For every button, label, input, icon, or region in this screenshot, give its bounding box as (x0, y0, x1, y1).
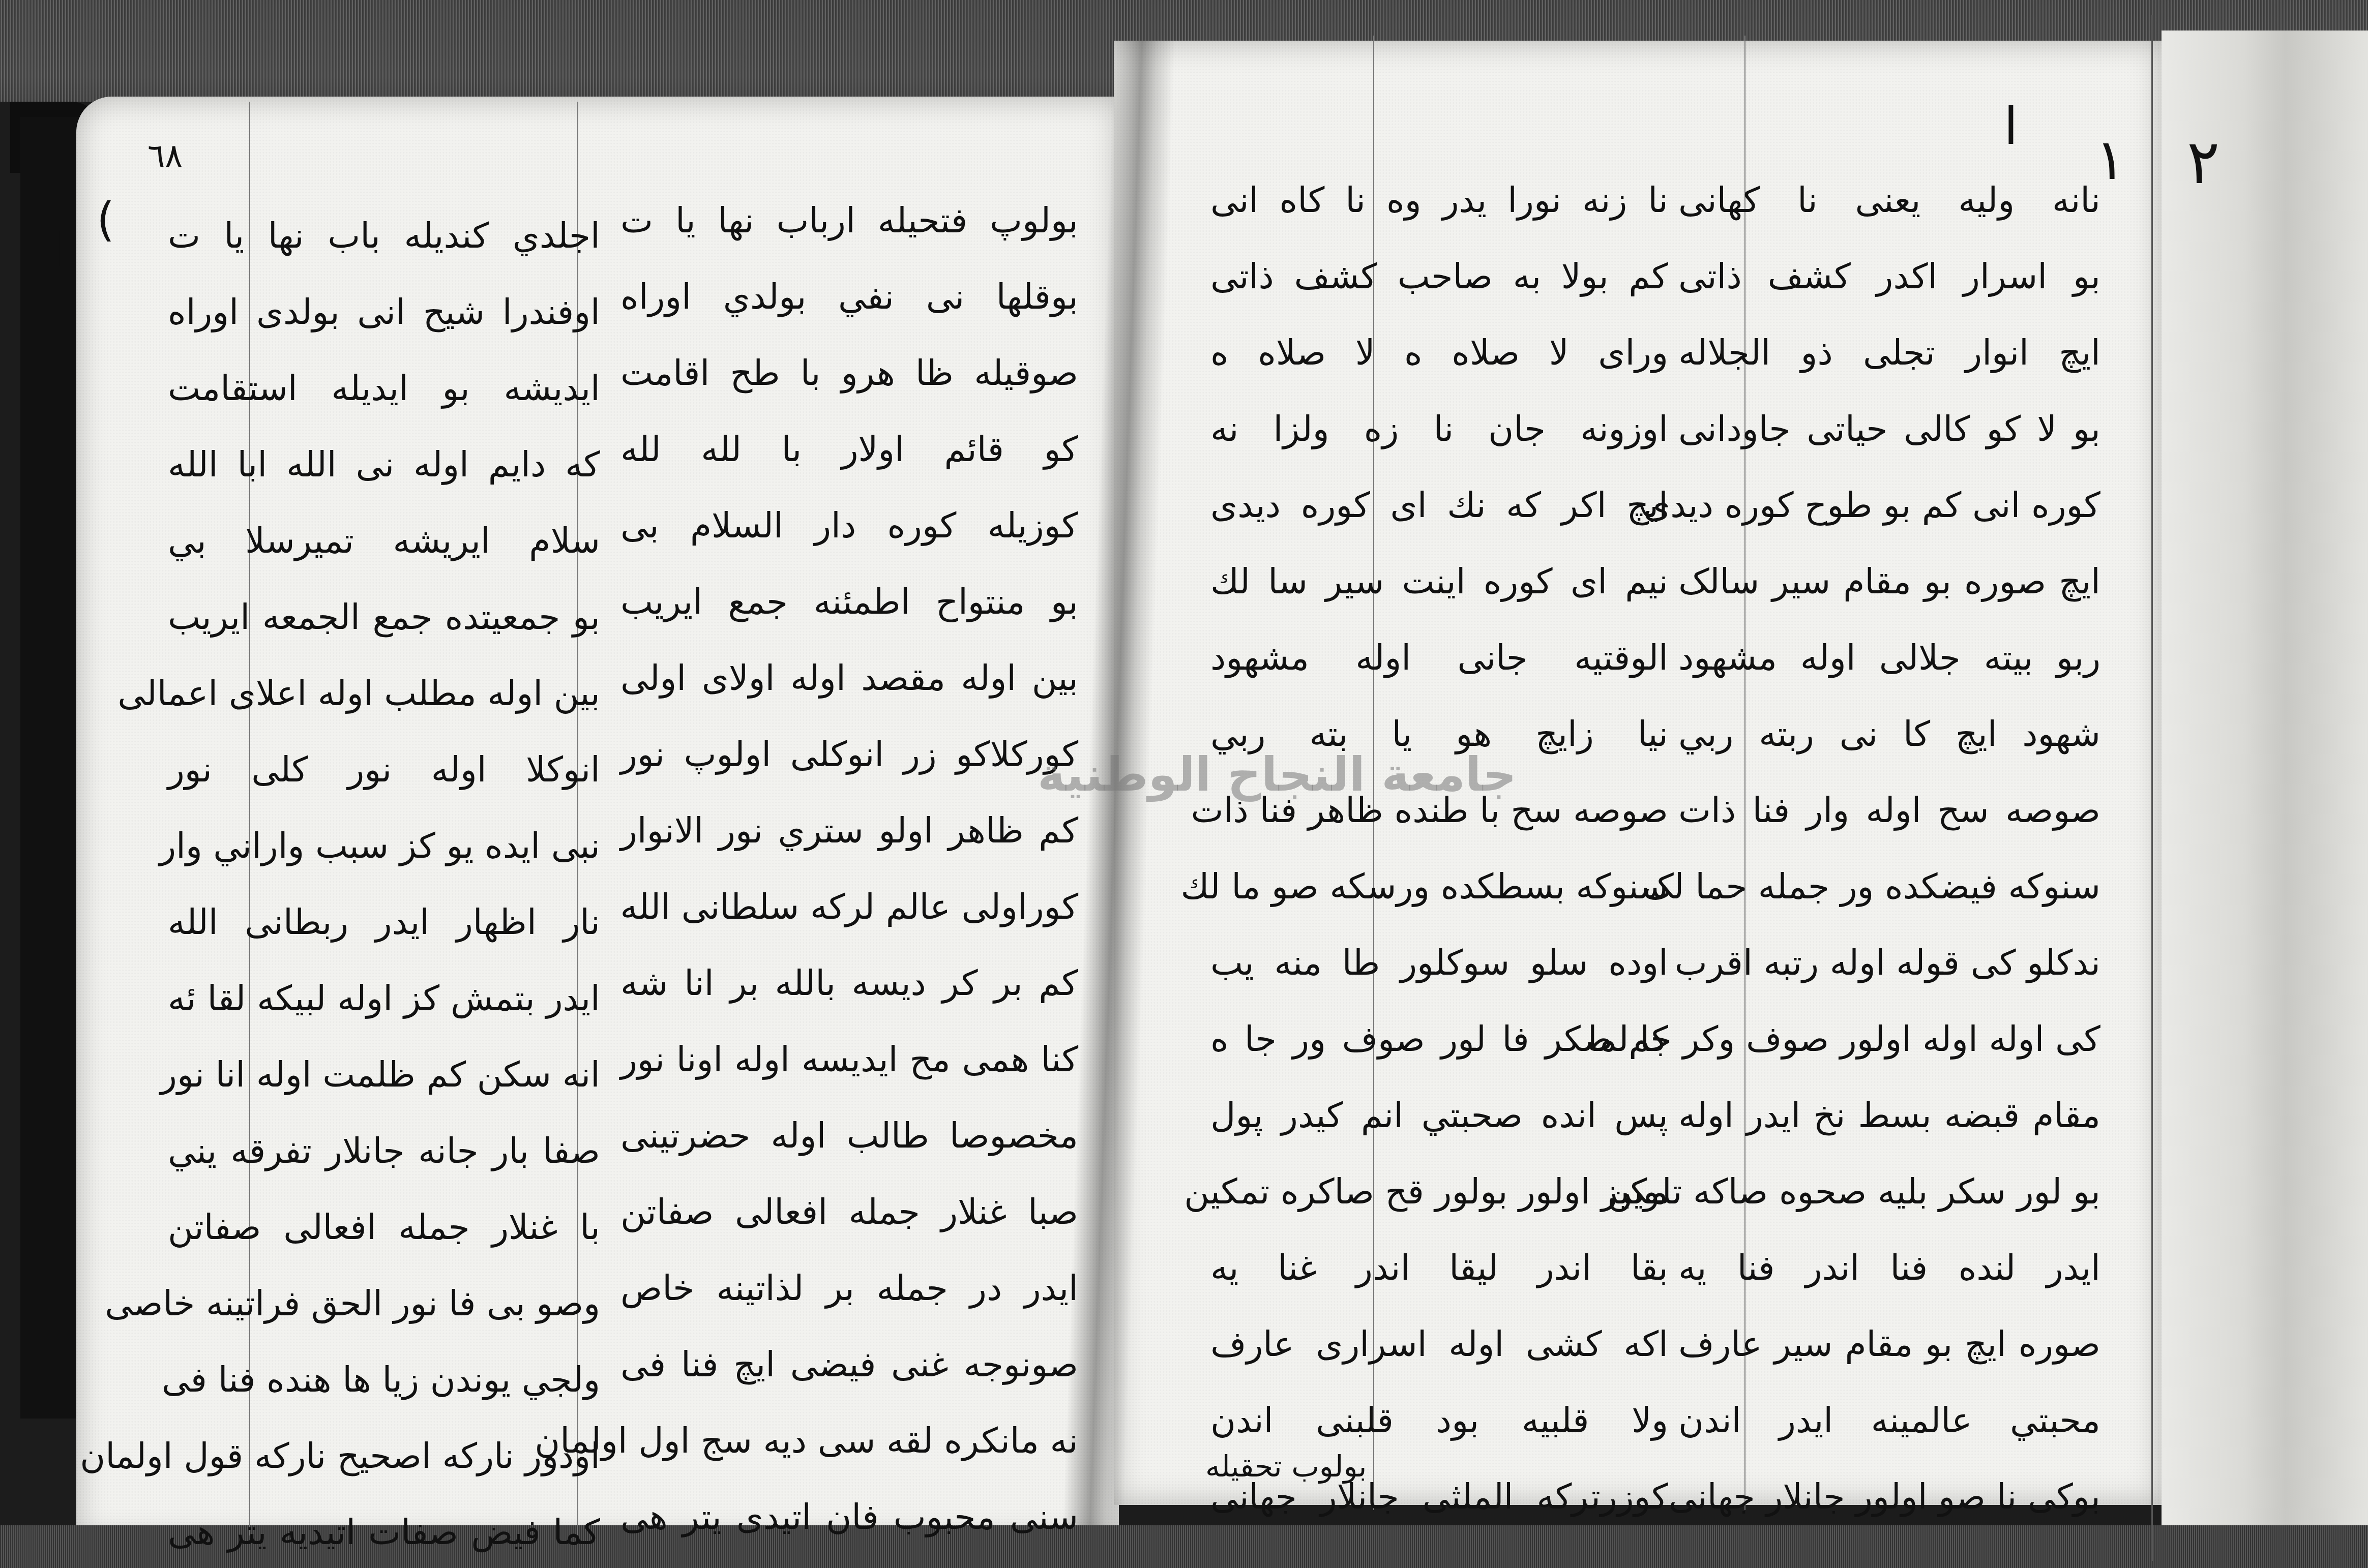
verse-line: صفا بار جانه جانلار تفرقه یني (168, 1113, 600, 1190)
verse-line: ایچ صوره بو مقام سیر سالک (1678, 544, 2100, 620)
margin-mark: ا (51, 224, 64, 277)
margin-mark: ( (97, 193, 114, 247)
verse-line: نیم ای کوره اینت سیر سا لك (1210, 544, 1668, 620)
verse-line: مکیز اولور بولور قح صاکره تمکین (1210, 1154, 1668, 1230)
verse-line: سنی محبوب فان اتیدی یتر هی (620, 1480, 1078, 1556)
page-number: ٦٨ (147, 137, 183, 175)
left-page-left-column: اجلدي کندیله باب نها یا ت اوفندرا شیح ان… (168, 198, 600, 1568)
left-page-right-column: بولوپ فتحيله ارباب نها يا ت بوقلها نی نف… (620, 183, 1078, 1556)
verse-line: با غنلار جمله افعالی صفاتن (168, 1190, 600, 1266)
verse-line: نار اظهار ایدر ربطانی الله (168, 885, 600, 961)
verse-line: اوفندرا شیح انی بولدی اوراه (168, 275, 600, 351)
verse-line: ایدر لنده فنا اندر فنا یه (1678, 1230, 2100, 1307)
verse-line: صوقیله ظا هرو با طح اقامت (620, 336, 1078, 412)
library-watermark: جامعة النجاح الوطنية (1038, 747, 1517, 802)
verse-line: کی اوله اوله اولور صوف وکر جا لما (1678, 1002, 2100, 1078)
verse-line: پس انده صحبتي انم کیدر پول (1210, 1078, 1668, 1154)
verse-line: اکه کشی اوله اسراری عارف (1210, 1307, 1668, 1383)
verse-line: شهود ایچ کا نی ربته ربي (1678, 697, 2100, 773)
verse-line: بو لور سکر بلیه صحوه صاکه تلوین (1678, 1154, 2100, 1230)
verse-line: سنوکه بسطکده ورسکه صو ما لك (1210, 849, 1668, 925)
verse-line: کورکلاکو زر انوکلی اولوپ نور (620, 717, 1078, 793)
verse-line: مخصوصا طالب اوله حضرتینی (620, 1098, 1078, 1174)
left-binding (20, 117, 81, 1419)
verse-line: بقا اندر لیقا اندر غنا یه (1210, 1230, 1668, 1307)
verse-line: اجلدي کندیله باب نها یا ت (168, 198, 600, 275)
verse-line: که دایم اوله نی الله ابا الله (168, 427, 600, 503)
verse-line: بوکی نا صو اولور جانلار جهانی (1678, 1459, 2100, 1535)
verse-line: کوره انی کم بو طوح کوره دیدی (1678, 468, 2100, 544)
verse-line: نانه ولیه یعنی نا کهانی (1678, 163, 2100, 239)
verse-line: ایدر در جمله بر لذاتینه خاص (620, 1251, 1078, 1327)
verse-line: بو لا کو کالی حیاتی جاودانی (1678, 391, 2100, 468)
verse-line: صوره ایچ بو مقام سیر عارف (1678, 1307, 2100, 1383)
right-page-left-column: نا زنه نورا یدر وه نا کاه انی کم بولا به… (1210, 163, 1668, 1535)
catchword: بولوب تحقیله (1205, 1449, 1367, 1484)
verse-line: کم ظاهر اولو ستري نور الانوار (620, 793, 1078, 869)
verse-line: صوصه سح اوله وار فنا ذات (1678, 773, 2100, 849)
verse-line: سلام ایریشه تمیرسلا بي (168, 503, 600, 580)
margin-mark: ۲ (2187, 127, 2219, 198)
verse-line: محبتي عالمینه ایدر اندن (1678, 1383, 2100, 1459)
verse-line: اودور نارکه اصحیح نارکه قول اولمان (168, 1419, 600, 1495)
ruling-line (2151, 15, 2153, 1561)
verse-line: کو قائم اولار با لله لله (620, 412, 1078, 488)
verse-line: بو اسرار اکدر کشف ذاتی (1678, 239, 2100, 315)
verse-line: بو جمعیتده جمع الجمعه ایریب (168, 580, 600, 656)
verse-line: ولا قلبیه بود قلبنی اندن (1210, 1383, 1668, 1459)
verse-line: بين اوله مقصد اوله اولای اولی (620, 641, 1078, 717)
verse-line: ولجي يوندن زيا ها هنده فنا فی (168, 1342, 600, 1419)
right-page-right-column: نانه ولیه یعنی نا کهانی بو اسرار اکدر کش… (1678, 163, 2100, 1535)
margin-mark: ا (2004, 97, 2018, 156)
verse-line: ایچ اکر که نك ای کوره دیدی (1210, 468, 1668, 544)
verse-line: نا زنه نورا یدر وه نا کاه انی (1210, 163, 1668, 239)
verse-line: اوده سلو سوکلور طا منه یب (1210, 925, 1668, 1002)
verse-line: کنا همی مح ایدیسه اوله اونا نور (620, 1022, 1078, 1098)
verse-line: ربو بیته جلالی اوله مشهود (1678, 620, 2100, 697)
verse-line: بو منتواح اطمئنه جمع ایریب (620, 564, 1078, 641)
verse-line: ندکلو کی قوله اوله رتبه اقرب (1678, 925, 2100, 1002)
verse-line: وصو بی فا نور الحق فراتینه خاصی (168, 1266, 600, 1342)
verse-line: بوقلها نی نفي بولدي اوراه (620, 259, 1078, 336)
verse-line: کوزیله کوره دار السلام بی (620, 488, 1078, 564)
verse-line: بين اوله مطلب اوله اعلای اعمالی (168, 656, 600, 732)
verse-line: انه سکن کم ظلمت اوله انا نور (168, 1037, 600, 1113)
verse-line: ورای لا صلاه ه لا صلاه ه (1210, 315, 1668, 391)
verse-line: صبا غنلار جمله افعالی صفاتن (620, 1174, 1078, 1251)
right-page-edge (2162, 31, 2368, 1568)
verse-line: نبی ایده یو کز سبب واراني وار (168, 808, 600, 885)
verse-line: انوکلا اوله نور کلی نور (168, 732, 600, 808)
verse-line: ایدیشه بو ایدیله استقامت (168, 351, 600, 427)
verse-line: بولوپ فتحيله ارباب نها يا ت (620, 183, 1078, 259)
verse-line: کم بولا به صاحب کشف ذاتی (1210, 239, 1668, 315)
verse-line: ایچ انوار تجلی ذو الجلاله (1678, 315, 2100, 391)
verse-line: نه مانکره لقه سی دیه سج اول اولمان (620, 1403, 1078, 1480)
verse-line: الوقتیه جانی اوله مشهود (1210, 620, 1668, 697)
verse-line: سنوکه فیضکده ور جمله حما لک (1678, 849, 2100, 925)
verse-line: کوراولی عالم لرکه سلطانی الله (620, 869, 1078, 946)
verse-line: کم بر کر دیسه بالله بر انا شه (620, 946, 1078, 1022)
verse-line: کما فیض صفات اتیدیه یتر هی (168, 1495, 600, 1568)
verse-line: صونوجه غنی فیضی ایچ فنا فی (620, 1327, 1078, 1403)
verse-line: اوزونه جان نا زه ولزا نه (1210, 391, 1668, 468)
verse-line: ایدر بتمش کز اوله لبیکه لقا ئه (168, 961, 600, 1037)
verse-line: مقام قبضه بسط نخ ایدر اوله (1678, 1078, 2100, 1154)
verse-line: کم صکر فا لور صوف ور جا ه (1210, 1002, 1668, 1078)
